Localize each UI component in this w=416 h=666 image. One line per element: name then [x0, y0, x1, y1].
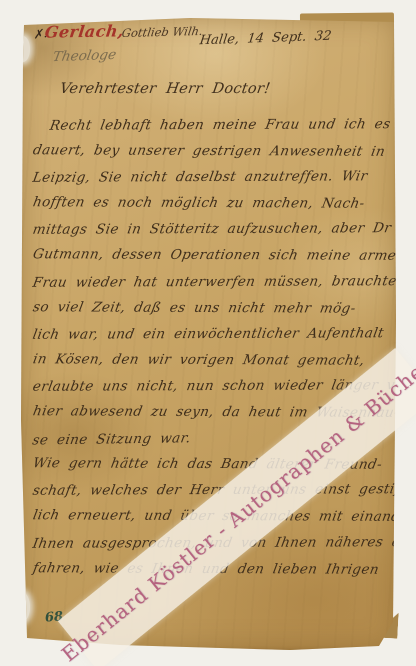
paper-damage-spot [16, 36, 30, 62]
letter-line: Recht lebhaft haben meine Frau und ich e… [31, 111, 392, 139]
letter-line: in Kösen, den wir vorigen Monat gemacht, [31, 346, 391, 374]
dealer-name-addition: Gottlieb Wilh. [121, 24, 204, 40]
letter-line: mittags Sie in Stötteritz aufzusuchen, a… [31, 216, 392, 244]
letter-line: hofften es noch möglich zu machen, Nach- [31, 190, 391, 218]
letter-salutation: Verehrtester Herr Doctor! [59, 81, 272, 97]
scan-background: ✗. Gerlach, Gottlieb Wilh. Theologe Hall… [0, 0, 416, 666]
letter-line: Leipzig, Sie nicht daselbst anzutreffen.… [31, 163, 392, 191]
letter-line: lich war, und ein einwöchentlicher Aufen… [31, 320, 392, 348]
letter-line: Gutmann, dessen Operationen sich meine a… [31, 242, 391, 270]
letter-line: Frau wieder hat unterwerfen müssen, brau… [31, 268, 392, 296]
dealer-name-red: Gerlach, [44, 21, 125, 41]
letter-line: so viel Zeit, daß es uns nicht mehr mög- [31, 294, 391, 322]
dealer-profession-note: Theologe [51, 47, 117, 65]
letter-dateline: Halle, 14 Sept. 32 [199, 29, 332, 49]
paper-damage-spot [14, 592, 30, 622]
letter-line: dauert, bey unserer gestrigen Anwesenhei… [31, 137, 391, 165]
